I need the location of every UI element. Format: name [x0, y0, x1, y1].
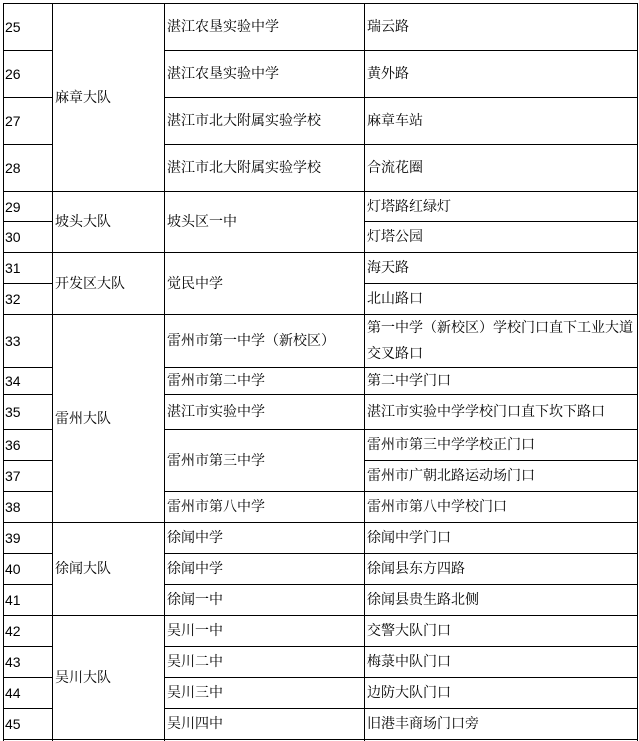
duty-location-table: 25 麻章大队 湛江农垦实验中学 瑞云路 26 湛江农垦实验中学 黄外路 27 … [3, 3, 638, 741]
location-cell: 边防大队门口 [365, 678, 638, 709]
school-cell: 湛江农垦实验中学 [165, 51, 365, 98]
row-number: 43 [4, 647, 53, 678]
school-cell: 湛江市北大附属实验学校 [165, 145, 365, 192]
school-cell: 徐闻中学 [165, 523, 365, 554]
location-cell: 灯塔公园 [365, 222, 638, 253]
school-cell: 雷州市第三中学 [165, 430, 365, 492]
school-cell: 湛江农垦实验中学 [165, 4, 365, 51]
brigade-cell: 徐闻大队 [53, 523, 165, 616]
location-cell: 雷州市第三中学学校正门口 [365, 430, 638, 461]
school-cell: 湛江市实验中学 [165, 395, 365, 430]
school-cell: 吴川一中 [165, 616, 365, 647]
row-number: 33 [4, 315, 53, 368]
duty-location-table-container: 25 麻章大队 湛江农垦实验中学 瑞云路 26 湛江农垦实验中学 黄外路 27 … [3, 3, 637, 741]
brigade-cell: 麻章大队 [53, 4, 165, 192]
location-cell: 交警大队门口 [365, 616, 638, 647]
table-row: 31 开发区大队 觉民中学 海天路 [4, 253, 638, 284]
row-number: 34 [4, 368, 53, 395]
location-cell: 旧港丰商场门口旁 [365, 709, 638, 740]
location-cell: 徐闻中学门口 [365, 523, 638, 554]
row-number: 41 [4, 585, 53, 616]
location-cell: 北山路口 [365, 284, 638, 315]
row-number: 35 [4, 395, 53, 430]
location-cell: 麻章车站 [365, 98, 638, 145]
row-number: 40 [4, 554, 53, 585]
brigade-cell: 吴川大队 [53, 616, 165, 740]
table-row: 29 坡头大队 坡头区一中 灯塔路红绿灯 [4, 192, 638, 222]
brigade-cell: 雷州大队 [53, 315, 165, 523]
school-cell: 徐闻中学 [165, 554, 365, 585]
school-cell: 坡头区一中 [165, 192, 365, 253]
location-cell: 梅菉中队门口 [365, 647, 638, 678]
table-row: 42 吴川大队 吴川一中 交警大队门口 [4, 616, 638, 647]
school-cell: 雷州市第八中学 [165, 492, 365, 523]
row-number: 45 [4, 709, 53, 740]
school-cell: 雷州市第二中学 [165, 368, 365, 395]
row-number: 44 [4, 678, 53, 709]
location-cell: 合流花圈 [365, 145, 638, 192]
location-cell: 徐闻县东方四路 [365, 554, 638, 585]
school-cell: 湛江市北大附属实验学校 [165, 98, 365, 145]
brigade-cell: 坡头大队 [53, 192, 165, 253]
row-number: 31 [4, 253, 53, 284]
school-cell: 吴川四中 [165, 709, 365, 740]
row-number: 30 [4, 222, 53, 253]
row-number: 42 [4, 616, 53, 647]
row-number: 26 [4, 51, 53, 98]
row-number: 29 [4, 192, 53, 222]
location-cell: 雷州市广朝北路运动场门口 [365, 461, 638, 492]
table-row: 39 徐闻大队 徐闻中学 徐闻中学门口 [4, 523, 638, 554]
school-cell: 觉民中学 [165, 253, 365, 315]
location-cell: 第二中学门口 [365, 368, 638, 395]
location-cell: 黄外路 [365, 51, 638, 98]
table-row: 33 雷州大队 雷州市第一中学（新校区） 第一中学（新校区）学校门口直下工业大道… [4, 315, 638, 368]
location-cell: 第一中学（新校区）学校门口直下工业大道交叉路口 [365, 315, 638, 368]
row-number: 28 [4, 145, 53, 192]
location-cell: 灯塔路红绿灯 [365, 192, 638, 222]
table-row: 25 麻章大队 湛江农垦实验中学 瑞云路 [4, 4, 638, 51]
row-number: 27 [4, 98, 53, 145]
row-number: 38 [4, 492, 53, 523]
location-cell: 瑞云路 [365, 4, 638, 51]
row-number: 32 [4, 284, 53, 315]
location-cell: 徐闻县贵生路北侧 [365, 585, 638, 616]
row-number: 25 [4, 4, 53, 51]
school-cell: 吴川二中 [165, 647, 365, 678]
school-cell: 雷州市第一中学（新校区） [165, 315, 365, 368]
row-number: 39 [4, 523, 53, 554]
location-cell: 雷州市第八中学校门口 [365, 492, 638, 523]
location-cell: 湛江市实验中学学校门口直下坎下路口 [365, 395, 638, 430]
school-cell: 吴川三中 [165, 678, 365, 709]
brigade-cell: 开发区大队 [53, 253, 165, 315]
row-number: 37 [4, 461, 53, 492]
location-cell: 海天路 [365, 253, 638, 284]
school-cell: 徐闻一中 [165, 585, 365, 616]
row-number: 36 [4, 430, 53, 461]
